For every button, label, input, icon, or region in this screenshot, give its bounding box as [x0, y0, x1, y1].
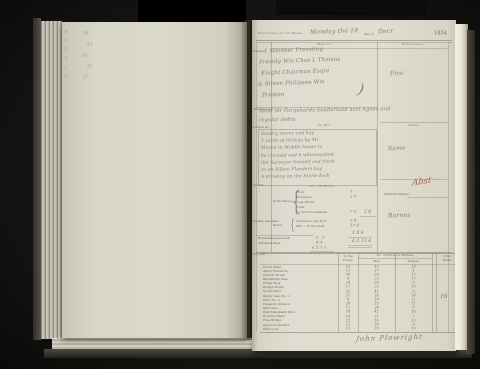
table-top-rule — [260, 253, 458, 254]
table-header-total: Total — [442, 255, 453, 258]
pencil-mark: 17 — [82, 75, 89, 81]
accounts-item-label: Flour — [296, 191, 304, 194]
table-row-label: Church Street — [263, 274, 285, 277]
orders-proceeding: Same — [388, 146, 406, 153]
date-year: 1854 — [434, 31, 447, 36]
present-bracket: ) — [357, 82, 366, 98]
accounts-brace-2: { — [290, 218, 295, 232]
recap-sum: £ 3 3 3 — [312, 246, 326, 250]
accounts-subheader: Off. Re House — [301, 185, 343, 188]
recap-label: Remaining last week — [258, 237, 290, 240]
accounts-item-label: Coals — [296, 206, 304, 209]
accounts-item-label: Ordered to the Poor — [296, 220, 326, 223]
table-grid-vline — [338, 253, 339, 332]
pencil-mark: 26 — [82, 31, 89, 37]
masters-rule — [408, 197, 448, 198]
header-rule-1 — [256, 40, 452, 41]
pencil-mark: 61 — [82, 53, 89, 59]
date-month-handwritten: Decr — [378, 29, 394, 36]
accounts-group-label: Relief — [273, 224, 282, 227]
pencil-mark: 39 — [86, 64, 93, 70]
table-grid-vline — [395, 253, 396, 332]
accounts-item-value: 2 6 — [350, 195, 356, 199]
right-page-content: Proceedings of the Board, Monday the 18 … — [252, 20, 456, 351]
table-row-label: Sandy Lane No. 1 — [263, 295, 290, 298]
pencil-mark: 6 — [64, 74, 68, 80]
table-header-total: Relief — [442, 259, 453, 262]
accounts-group-label: In the House — [273, 200, 293, 203]
table-header-house: In the — [343, 255, 353, 258]
table-row-label: Free Bridge — [263, 319, 281, 322]
handwritten-line: Preston — [262, 92, 285, 98]
accounts-total-value: 1 8 6 — [352, 231, 364, 236]
accounts-item-value: 7 6 — [350, 210, 356, 214]
table-row-label: South Ward — [263, 290, 281, 293]
present-proceeding: Five — [390, 71, 404, 78]
signature: John Plowright — [356, 334, 424, 343]
table-header-women: Women — [404, 260, 423, 263]
table-grid-vline — [432, 253, 433, 332]
table-header-bottom-rule — [260, 264, 458, 265]
form-title: Proceedings of the Board, — [258, 32, 304, 35]
table-cell-value: 35 — [342, 310, 354, 314]
table-row-label: Ditto No. 2 — [263, 299, 280, 302]
left-content-edge — [256, 42, 257, 332]
table-cell-value: 10 — [402, 327, 424, 331]
right-content-edge — [448, 42, 449, 332]
table-cell-value: 29 — [365, 327, 387, 331]
table-grid-vline — [358, 253, 359, 332]
master-name: Barnes — [388, 213, 411, 220]
table-row-label: Blackfriars Gate — [263, 278, 288, 281]
recap-value: 5 - 3 — [316, 236, 325, 240]
table-margin-note: 16 — [440, 294, 448, 301]
background-dark-band — [276, 0, 426, 15]
accounts-item-label: Wm — in the week — [296, 225, 324, 228]
accounts-item-label: Provisions — [296, 196, 312, 199]
book-cover-right-edge — [467, 30, 475, 354]
pencil-mark: 3 — [64, 56, 68, 62]
red-flourish-note: Abst — [412, 177, 432, 188]
handwritten-line: Read Mr Farquhards Sunderland acct Agnes… — [259, 107, 391, 114]
table-row-label: Chapelry Division — [263, 303, 290, 306]
pencil-mark: 1 — [64, 65, 68, 71]
accounts-group-sum: 2 6 — [364, 210, 371, 214]
recap-value: 8 3 - — [316, 241, 325, 245]
table-cell-value: 42 — [365, 310, 387, 314]
handwritten-line: 1 Member Presiding — [264, 47, 323, 54]
table-row-label: North Ward — [263, 266, 281, 269]
page-stack-left — [41, 21, 62, 339]
column-header-proceedings: Proceedings. — [395, 43, 431, 46]
accounts-total-value: £ 2 13 4 — [352, 239, 371, 244]
table-row-label: West Lynn — [263, 328, 279, 331]
accounts-total-rule-final — [348, 247, 372, 248]
table-grid-vline — [436, 253, 437, 332]
right-page: Proceedings of the Board, Monday the 18 … — [252, 20, 456, 351]
date-day-of-printed: day of — [364, 33, 374, 36]
recap-label: Admitted Died — [258, 242, 280, 245]
table-cell-value: 16 — [402, 310, 424, 314]
handwritten-line: be cleaned and 6 whitewashed — [261, 152, 334, 158]
accounts-item-label: Soap Bill &c — [296, 201, 315, 204]
accounts-item-value: 17 4 — [350, 224, 359, 228]
pencil-mark: 43 — [86, 42, 93, 48]
accounts-item-label: To the Schoolmaster — [296, 211, 327, 214]
pencil-mark: 4 — [64, 29, 68, 35]
table-bottom-rule — [260, 332, 458, 333]
table-row-label: Abbey Precincts — [263, 270, 288, 273]
handwritten-line: regular debts — [259, 117, 296, 123]
minutes-proceedings-divider — [377, 42, 378, 252]
towit-subheader: To Wit. — [297, 124, 352, 127]
pencil-mark: 6 — [64, 47, 68, 53]
masters-names-label: Masters Names — [384, 193, 409, 196]
left-page: 4263162643613917 — [62, 22, 247, 338]
handwritten-line: & Simon Philipson Wm — [258, 80, 325, 88]
table-row-label: Gaywood District — [263, 324, 289, 327]
book-cover-left-edge — [33, 18, 41, 340]
table-header-house: House — [343, 259, 353, 262]
order-subheader: Order. — [396, 124, 431, 127]
handwritten-line: Knight Chairman Esqre — [261, 69, 330, 77]
handwritten-line: Sundry stores and hay — [261, 131, 314, 136]
table-header-men: Men — [367, 260, 386, 263]
accounts-sum-rule — [360, 216, 376, 217]
margin-label: Present — [253, 50, 265, 53]
pencil-mark: 2 — [64, 38, 68, 44]
accounts-total-rule — [348, 245, 372, 246]
photo-of-ledger: 4263162643613917 Proceedings of the Boar… — [0, 0, 480, 369]
date-day-handwritten: Monday the 18 — [310, 28, 358, 36]
handwritten-line: Presidg Wm Chas L Thomas — [259, 57, 340, 65]
table-cell-value: 19 — [342, 327, 354, 331]
